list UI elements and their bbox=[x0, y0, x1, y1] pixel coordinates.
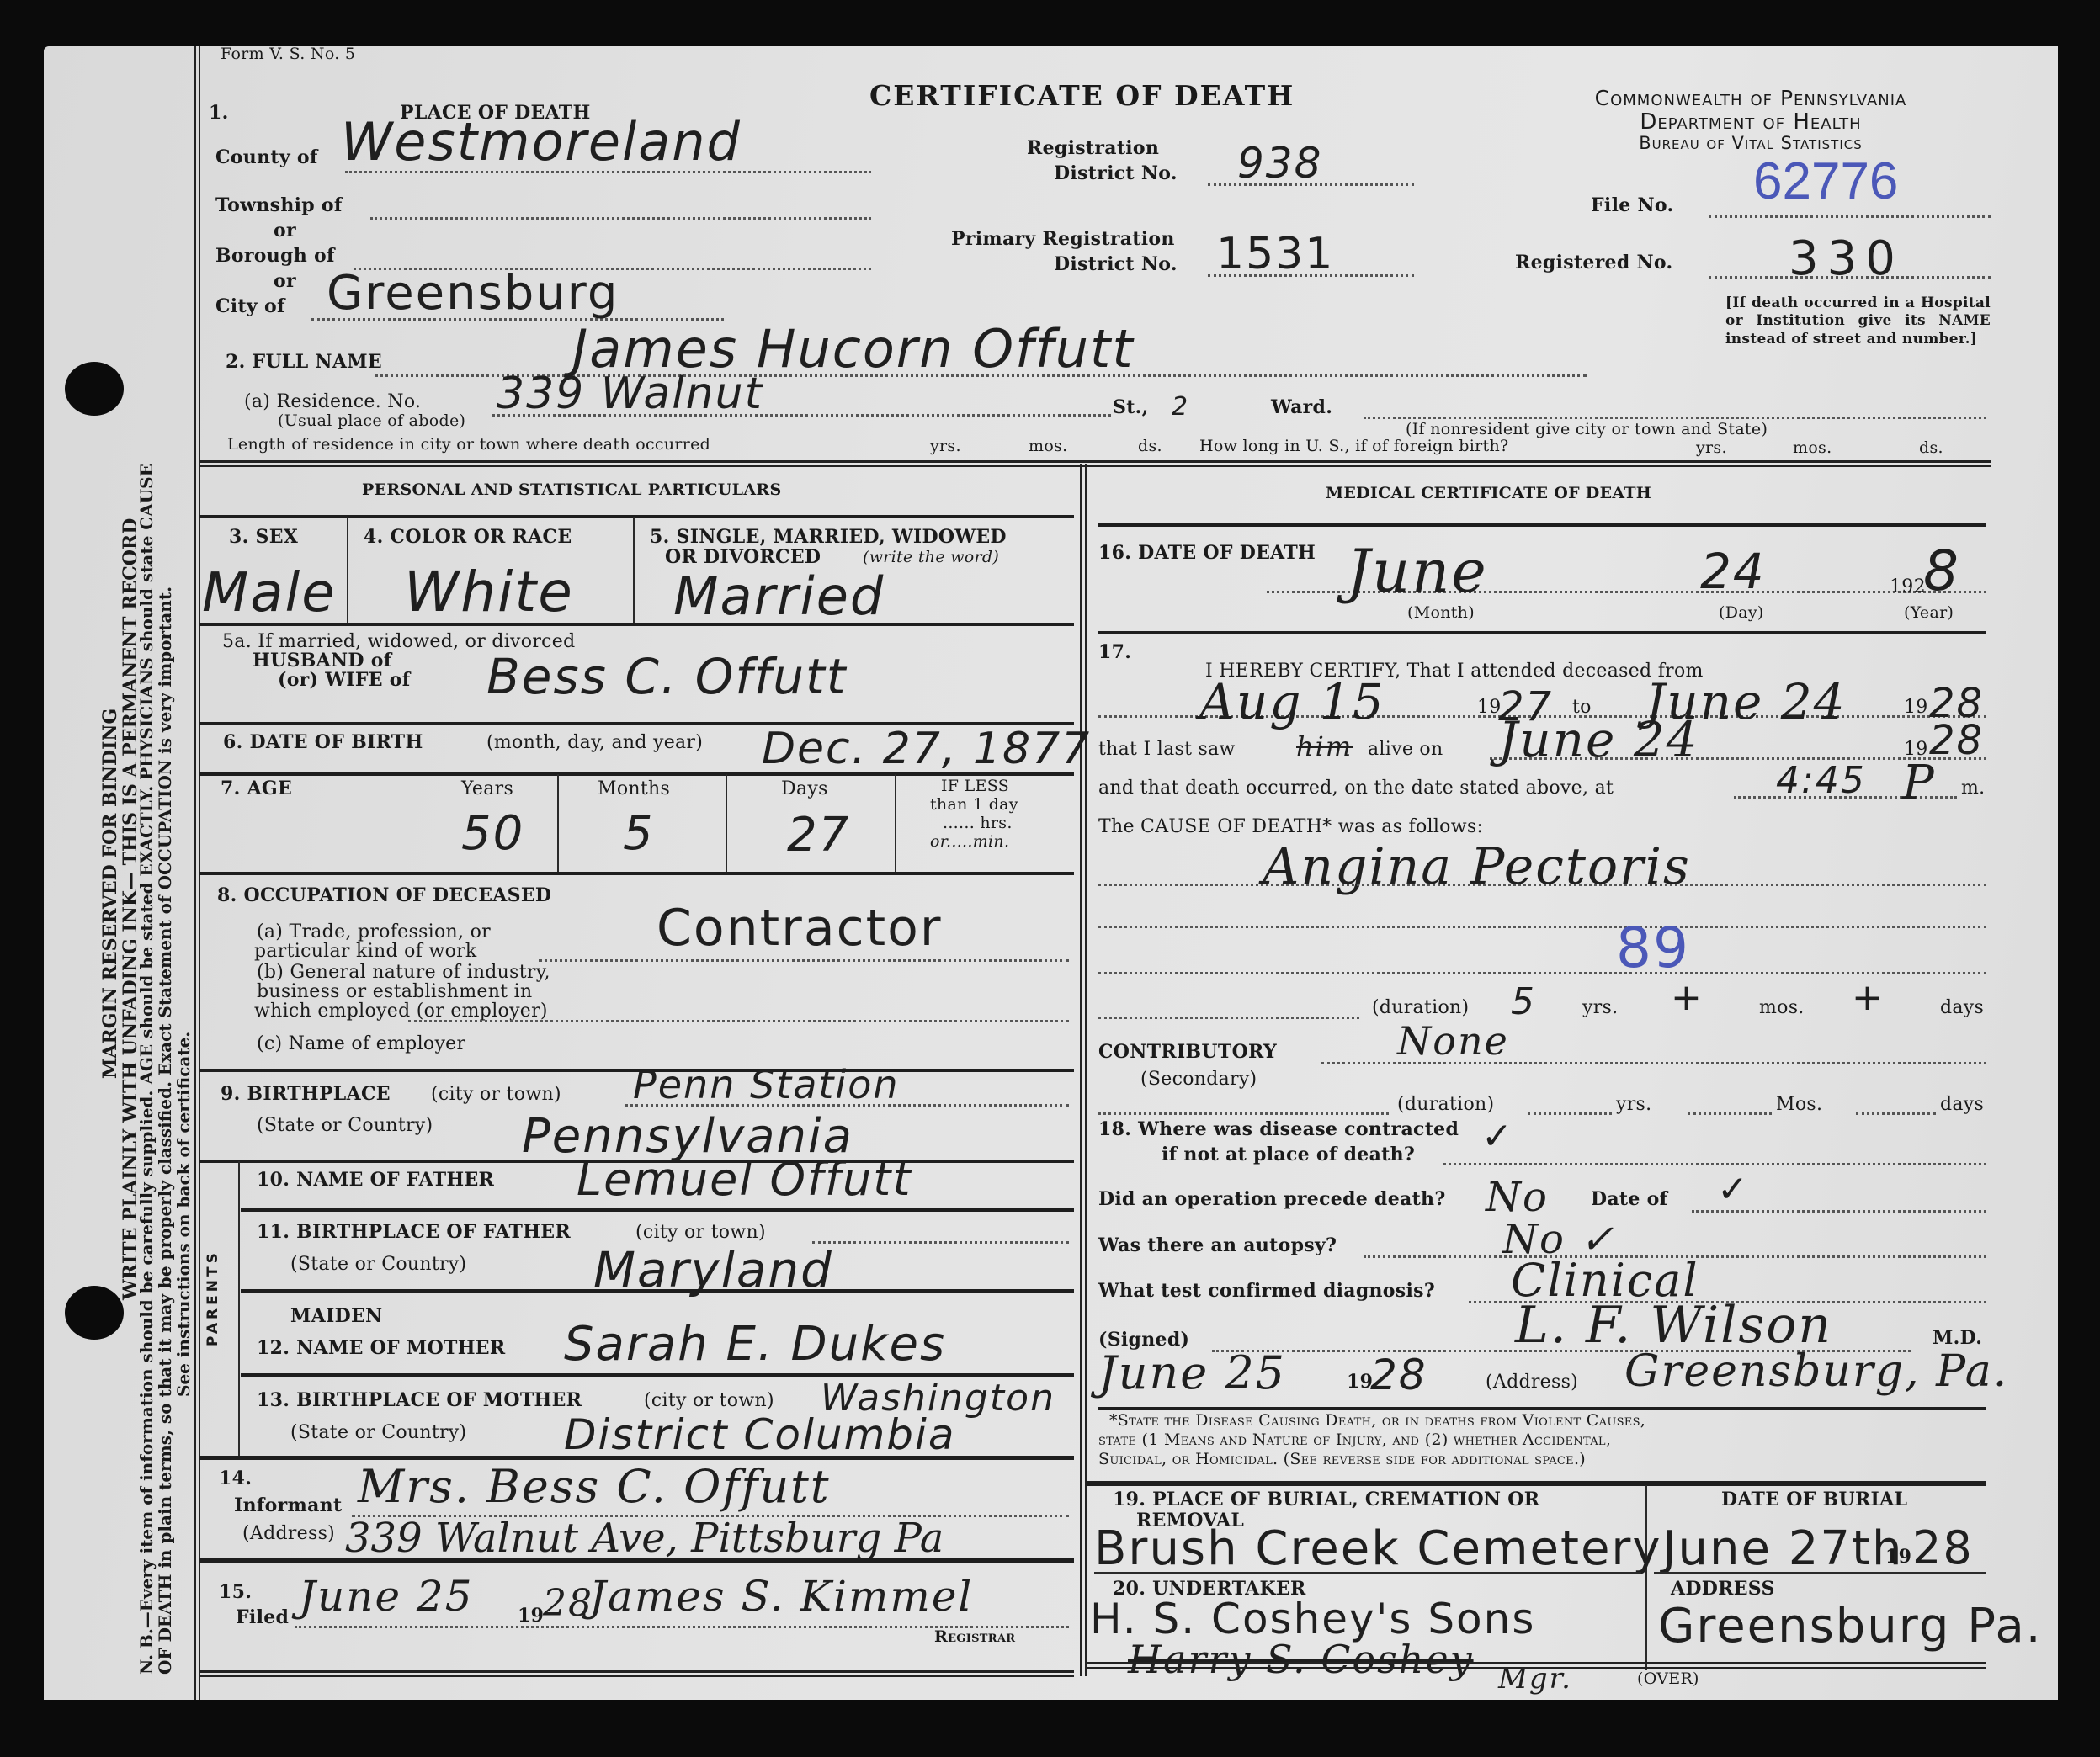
secondary-yrs-label: yrs. bbox=[1616, 1094, 1651, 1115]
mother-name-field[interactable]: Sarah E. Dukes bbox=[564, 1317, 946, 1372]
divider-row6 bbox=[199, 772, 1074, 776]
sex-label: 3. SEX bbox=[229, 527, 298, 548]
divider-burial-left bbox=[1094, 1572, 1641, 1574]
full-name-label: 2. FULL NAME bbox=[226, 352, 382, 373]
divider-row11 bbox=[241, 1289, 1074, 1293]
father-name-field[interactable]: Lemuel Offutt bbox=[577, 1153, 912, 1206]
how-long-in-us-label: How long in U. S., if of foreign birth? bbox=[1199, 438, 1508, 456]
age-years-divider bbox=[557, 774, 559, 872]
death-month-field[interactable]: June bbox=[1347, 537, 1488, 606]
filed-year-prefix: 19 bbox=[518, 1606, 544, 1627]
registration-district-field[interactable]: 938 bbox=[1237, 139, 1322, 188]
father-birthplace-state-hint: (State or Country) bbox=[290, 1254, 466, 1275]
date-of-birth-field[interactable]: Dec. 27, 1877 bbox=[762, 724, 1091, 774]
margin-binding-note: MARGIN RESERVED FOR BINDING bbox=[99, 709, 122, 1079]
residence-divider bbox=[199, 460, 1991, 467]
divider-burial-right bbox=[1654, 1572, 1986, 1574]
mother-name-label: 12. NAME OF MOTHER bbox=[257, 1338, 505, 1359]
registrar-signature[interactable]: James S. Kimmel bbox=[589, 1572, 973, 1621]
operation-date-label: Date of bbox=[1591, 1189, 1667, 1210]
footnote-line-2: state (1 Means and Nature of Injury, and… bbox=[1098, 1431, 1611, 1450]
less-than-day-label-1: IF LESS bbox=[941, 778, 1009, 796]
occupation-a-label-1: (a) Trade, profession, or bbox=[257, 921, 491, 942]
binding-hole-top bbox=[65, 362, 124, 416]
operation-field[interactable]: No bbox=[1486, 1174, 1549, 1221]
secondary-days-label: days bbox=[1940, 1094, 1984, 1115]
occupation-field[interactable]: Contractor bbox=[657, 899, 942, 958]
dob-label: 6. DATE OF BIRTH bbox=[223, 732, 423, 753]
divider-row10 bbox=[241, 1208, 1074, 1212]
occupation-heading: 8. OCCUPATION OF DECEASED bbox=[217, 885, 551, 906]
township-field[interactable] bbox=[370, 217, 871, 220]
residence-field[interactable]: 339 Walnut bbox=[497, 369, 763, 419]
file-number-label: File No. bbox=[1591, 195, 1673, 216]
birthplace-label: 9. BIRTHPLACE bbox=[221, 1084, 391, 1105]
file-number-field[interactable]: 62776 bbox=[1753, 151, 1898, 211]
father-name-label: 10. NAME OF FATHER bbox=[257, 1170, 494, 1191]
years-label: Years bbox=[461, 778, 513, 799]
m-suffix: m. bbox=[1961, 778, 1985, 799]
hospital-note: [If death occurred in a Hospital or Inst… bbox=[1725, 295, 1991, 348]
page-title: CERTIFICATE OF DEATH bbox=[869, 79, 1295, 112]
occupation-b-label-1: (b) General nature of industry, bbox=[257, 962, 550, 983]
father-birthplace-label: 11. BIRTHPLACE OF FATHER bbox=[257, 1222, 571, 1243]
informant-address-label: (Address) bbox=[242, 1523, 335, 1544]
margin-nb-note-3: See instructions on back of certificate. bbox=[173, 1032, 194, 1397]
age-label: 7. AGE bbox=[221, 778, 292, 799]
mother-birthplace-state-field[interactable]: District Columbia bbox=[564, 1410, 956, 1459]
month-hint: (Month) bbox=[1407, 604, 1475, 623]
us-mos-label: mos. bbox=[1793, 439, 1832, 458]
contributory-field[interactable]: None bbox=[1397, 1018, 1509, 1064]
cause-line-3 bbox=[1098, 972, 1986, 974]
secondary-label: (Secondary) bbox=[1140, 1069, 1257, 1090]
burial-year-prefix: 19 bbox=[1885, 1547, 1911, 1568]
less-than-day-min[interactable]: or.....min. bbox=[930, 833, 1009, 852]
duration-mos-label: mos. bbox=[1759, 997, 1805, 1018]
days-label: Days bbox=[781, 778, 828, 799]
day-hint: (Day) bbox=[1719, 604, 1764, 623]
physician-address-field[interactable]: Greensburg, Pa. bbox=[1624, 1346, 2008, 1397]
death-year-prefix: 192 bbox=[1890, 576, 1926, 597]
duration-yrs-label: yrs. bbox=[1582, 997, 1618, 1018]
agency-header: Commonwealth of Pennsylvania Department … bbox=[1515, 87, 1986, 153]
county-field[interactable]: Westmoreland bbox=[341, 111, 742, 173]
marital-label-1: 5. SINGLE, MARRIED, WIDOWED bbox=[650, 527, 1007, 548]
duration-days-label: days bbox=[1940, 997, 1984, 1018]
agency-department: Department of Health bbox=[1515, 110, 1986, 135]
dob-hint: (month, day, and year) bbox=[486, 732, 703, 753]
age-years-field[interactable]: 50 bbox=[461, 806, 524, 861]
birthplace-city-hint: (city or town) bbox=[431, 1084, 561, 1105]
registration-district-label-1: Registration bbox=[1027, 138, 1159, 159]
registration-district-label-2: District No. bbox=[1054, 163, 1178, 184]
signed-year-field[interactable]: 28 bbox=[1370, 1351, 1427, 1399]
primary-registration-label-2: District No. bbox=[1054, 254, 1178, 275]
secondary-yrs-field[interactable] bbox=[1528, 1112, 1612, 1115]
item-17-number: 17. bbox=[1098, 642, 1131, 663]
residence-yrs-label: yrs. bbox=[930, 438, 961, 456]
color-field[interactable]: White bbox=[404, 560, 574, 624]
item-18-field[interactable]: ✓ bbox=[1481, 1115, 1514, 1158]
personal-heading: PERSONAL AND STATISTICAL PARTICULARS bbox=[362, 481, 781, 500]
last-saw-pronoun: him bbox=[1296, 730, 1353, 762]
or-label-1: or bbox=[274, 220, 296, 242]
age-months-divider bbox=[726, 774, 727, 872]
duration-line bbox=[1098, 1017, 1359, 1019]
divider-row14 bbox=[199, 1558, 1074, 1563]
center-divider bbox=[1080, 464, 1087, 1676]
cause-line-1 bbox=[1098, 884, 1986, 886]
parents-divider bbox=[238, 1161, 240, 1456]
form-number: Form V. S. No. 5 bbox=[221, 45, 355, 64]
autopsy-label: Was there an autopsy? bbox=[1098, 1235, 1337, 1256]
burial-place-field[interactable]: Brush Creek Cemetery bbox=[1094, 1521, 1662, 1576]
margin-nb-note-2: OF DEATH in plain terms, so that it may … bbox=[155, 587, 175, 1675]
maiden-label: MAIDEN bbox=[290, 1306, 382, 1327]
ward-label: Ward. bbox=[1271, 397, 1332, 418]
last-saw-year-field[interactable]: 28 bbox=[1929, 717, 1984, 764]
secondary-duration-label: (duration) bbox=[1397, 1094, 1494, 1115]
last-saw-date-field[interactable]: June 24 bbox=[1498, 711, 1699, 768]
industry-field[interactable] bbox=[408, 1020, 1069, 1022]
undertaker-address-label: ADDRESS bbox=[1671, 1579, 1775, 1600]
secondary-duration-line bbox=[1098, 1112, 1389, 1115]
divider-bottom-right bbox=[1086, 1662, 1986, 1669]
divider-bottom-left bbox=[199, 1670, 1074, 1677]
divider-medical-heading bbox=[1098, 523, 1986, 527]
file-number-line bbox=[1709, 215, 1991, 218]
cause-code: 89 bbox=[1616, 916, 1690, 980]
informant-name-field[interactable]: Mrs. Bess C. Offutt bbox=[358, 1460, 831, 1513]
sex-color-divider bbox=[347, 517, 348, 623]
death-occurred-label: and that death occurred, on the date sta… bbox=[1098, 778, 1614, 799]
divider-personal-heading bbox=[199, 515, 1074, 518]
divider-signed bbox=[1098, 1407, 1986, 1410]
registered-number-field[interactable]: 330 bbox=[1789, 231, 1904, 286]
to-year-prefix: 19 bbox=[1904, 697, 1928, 718]
death-time-field[interactable]: 4:45 bbox=[1776, 759, 1866, 802]
agency-commonwealth: Commonwealth of Pennsylvania bbox=[1515, 87, 1986, 110]
margin-nb-note-1: N. B.—Every item of information should b… bbox=[136, 464, 157, 1675]
medical-heading: MEDICAL CERTIFICATE OF DEATH bbox=[1326, 485, 1651, 503]
father-birthplace-city-hint: (city or town) bbox=[635, 1222, 766, 1243]
sex-field[interactable]: Male bbox=[202, 562, 337, 624]
less-than-day-hrs[interactable]: ...... hrs. bbox=[943, 815, 1013, 833]
cause-label: The CAUSE OF DEATH* was as follows: bbox=[1098, 816, 1483, 837]
burial-date-label: DATE OF BURIAL bbox=[1721, 1489, 1907, 1510]
occupation-line bbox=[539, 959, 1069, 962]
color-marital-divider bbox=[633, 517, 635, 623]
undertaker-signature[interactable]: Harry S. Coshey bbox=[1128, 1637, 1474, 1682]
footnote-line-3: Suicidal, or Homicidal. (See reverse sid… bbox=[1098, 1451, 1586, 1469]
item-18-label-1: 18. Where was disease contracted bbox=[1098, 1119, 1459, 1140]
mother-birthplace-label: 13. BIRTHPLACE OF MOTHER bbox=[257, 1390, 582, 1411]
borough-label: Borough of bbox=[215, 246, 335, 267]
length-of-residence-label: Length of residence in city or town wher… bbox=[227, 436, 710, 454]
township-label: Township of bbox=[215, 195, 343, 216]
informant-label: Informant bbox=[234, 1495, 342, 1516]
mother-birthplace-city-hint: (city or town) bbox=[644, 1390, 774, 1411]
registrar-label: Registrar bbox=[934, 1628, 1015, 1647]
duration-mos-field[interactable]: + bbox=[1671, 976, 1704, 1019]
residence-label: (a) Residence. No. bbox=[244, 391, 421, 412]
undertaker-address-field[interactable]: Greensburg Pa. bbox=[1658, 1599, 2043, 1653]
death-day-field[interactable]: 24 bbox=[1700, 543, 1766, 600]
death-time-meridiem-field[interactable]: P bbox=[1902, 756, 1936, 810]
duration-yrs-field[interactable]: 5 bbox=[1511, 980, 1536, 1023]
burial-divider bbox=[1645, 1485, 1647, 1670]
cause-of-death-field[interactable]: Angina Pectoris bbox=[1263, 837, 1691, 896]
secondary-mos-label: Mos. bbox=[1776, 1094, 1822, 1115]
marital-label-3: (write the word) bbox=[863, 549, 999, 567]
city-label: City of bbox=[215, 296, 285, 317]
age-days-divider bbox=[895, 774, 896, 872]
filed-date-field[interactable]: June 25 bbox=[299, 1572, 474, 1621]
footnote-line-1: *State the Disease Causing Death, or in … bbox=[1109, 1412, 1645, 1431]
age-months-field[interactable]: 5 bbox=[623, 806, 655, 861]
us-ds-label: ds. bbox=[1919, 439, 1943, 458]
color-label: 4. COLOR OR RACE bbox=[364, 527, 572, 548]
filed-year-field[interactable]: 28 bbox=[543, 1582, 593, 1625]
mother-birthplace-state-hint: (State or Country) bbox=[290, 1422, 466, 1443]
over-label: (OVER) bbox=[1637, 1670, 1699, 1689]
duration-days-field[interactable]: + bbox=[1852, 976, 1885, 1019]
us-yrs-label: yrs. bbox=[1696, 439, 1727, 458]
informant-number: 14. bbox=[219, 1468, 252, 1489]
secondary-mos-field[interactable] bbox=[1688, 1112, 1772, 1115]
residence-mos-label: mos. bbox=[1029, 438, 1067, 456]
signed-year-prefix: 19 bbox=[1347, 1372, 1373, 1393]
death-year-field[interactable]: 8 bbox=[1923, 539, 1960, 603]
filed-number: 15. bbox=[219, 1582, 252, 1603]
burial-year-field[interactable]: 28 bbox=[1912, 1521, 1974, 1574]
birthplace-city-field[interactable]: Penn Station bbox=[633, 1062, 900, 1107]
registered-number-label: Registered No. bbox=[1515, 252, 1672, 273]
months-label: Months bbox=[598, 778, 670, 799]
age-days-field[interactable]: 27 bbox=[787, 808, 850, 863]
county-label: County of bbox=[215, 147, 318, 168]
ward-field[interactable]: 2 bbox=[1172, 392, 1189, 422]
spouse-field[interactable]: Bess C. Offutt bbox=[486, 648, 847, 705]
binding-hole-bottom bbox=[65, 1286, 124, 1340]
cause-line-2 bbox=[1098, 926, 1986, 928]
father-birthplace-city-field[interactable] bbox=[812, 1241, 1069, 1244]
section-1-number: 1. bbox=[209, 103, 229, 124]
signed-date-field[interactable]: June 25 bbox=[1098, 1346, 1286, 1399]
last-saw-label-2: alive on bbox=[1368, 739, 1443, 760]
attended-from-field[interactable]: Aug 15 bbox=[1199, 673, 1385, 730]
street-label: St., bbox=[1113, 397, 1149, 418]
divider-row16 bbox=[1098, 631, 1986, 634]
ward-line bbox=[1364, 417, 1986, 419]
usual-place-label: (Usual place of abode) bbox=[278, 412, 465, 431]
divider-row7 bbox=[199, 872, 1074, 875]
operation-date-field[interactable]: ✓ bbox=[1717, 1168, 1750, 1211]
parents-side-label: PARENTS bbox=[205, 1250, 221, 1346]
primary-registration-label-1: Primary Registration bbox=[951, 229, 1175, 250]
burial-place-label-1: 19. PLACE OF BURIAL, CREMATION OR bbox=[1113, 1489, 1539, 1510]
primary-registration-field[interactable]: 1531 bbox=[1216, 229, 1334, 279]
marital-status-field[interactable]: Married bbox=[673, 565, 885, 627]
occupation-c-label: (c) Name of employer bbox=[257, 1033, 465, 1054]
burial-date-field[interactable]: June 27th bbox=[1662, 1521, 1903, 1576]
spouse-label-3: (or) WIFE of bbox=[278, 670, 411, 691]
last-saw-label-1: that I last saw bbox=[1098, 739, 1236, 760]
item-18-line bbox=[1443, 1163, 1986, 1165]
divider-row3 bbox=[199, 623, 1074, 626]
occupation-b-label-2: business or establishment in bbox=[257, 981, 532, 1002]
year-hint: (Year) bbox=[1904, 604, 1954, 623]
less-than-day-label-2: than 1 day bbox=[930, 796, 1018, 815]
city-field[interactable]: Greensburg bbox=[327, 266, 619, 321]
test-label: What test confirmed diagnosis? bbox=[1098, 1281, 1435, 1302]
contributory-label: CONTRIBUTORY bbox=[1098, 1042, 1277, 1063]
secondary-days-field[interactable] bbox=[1856, 1112, 1936, 1115]
physician-address-label: (Address) bbox=[1486, 1372, 1578, 1393]
or-label-2: or bbox=[274, 271, 296, 292]
occupation-b-label-3: which employed (or employer) bbox=[254, 1001, 548, 1022]
birthplace-state-hint: (State or Country) bbox=[257, 1115, 433, 1136]
agency-bureau: Bureau of Vital Statistics bbox=[1515, 134, 1986, 153]
operation-label: Did an operation precede death? bbox=[1098, 1189, 1446, 1210]
duration-label: (duration) bbox=[1372, 997, 1469, 1018]
informant-address-field[interactable]: 339 Walnut Ave, Pittsburg Pa bbox=[345, 1515, 944, 1562]
item-18-label-2: if not at place of death? bbox=[1162, 1144, 1415, 1165]
date-of-death-label: 16. DATE OF DEATH bbox=[1098, 543, 1316, 564]
occupation-a-label-2: particular kind of work bbox=[254, 941, 477, 962]
divider-footnote bbox=[1086, 1481, 1986, 1486]
residence-ds-label: ds. bbox=[1138, 438, 1162, 456]
filed-label: Filed bbox=[236, 1607, 289, 1628]
